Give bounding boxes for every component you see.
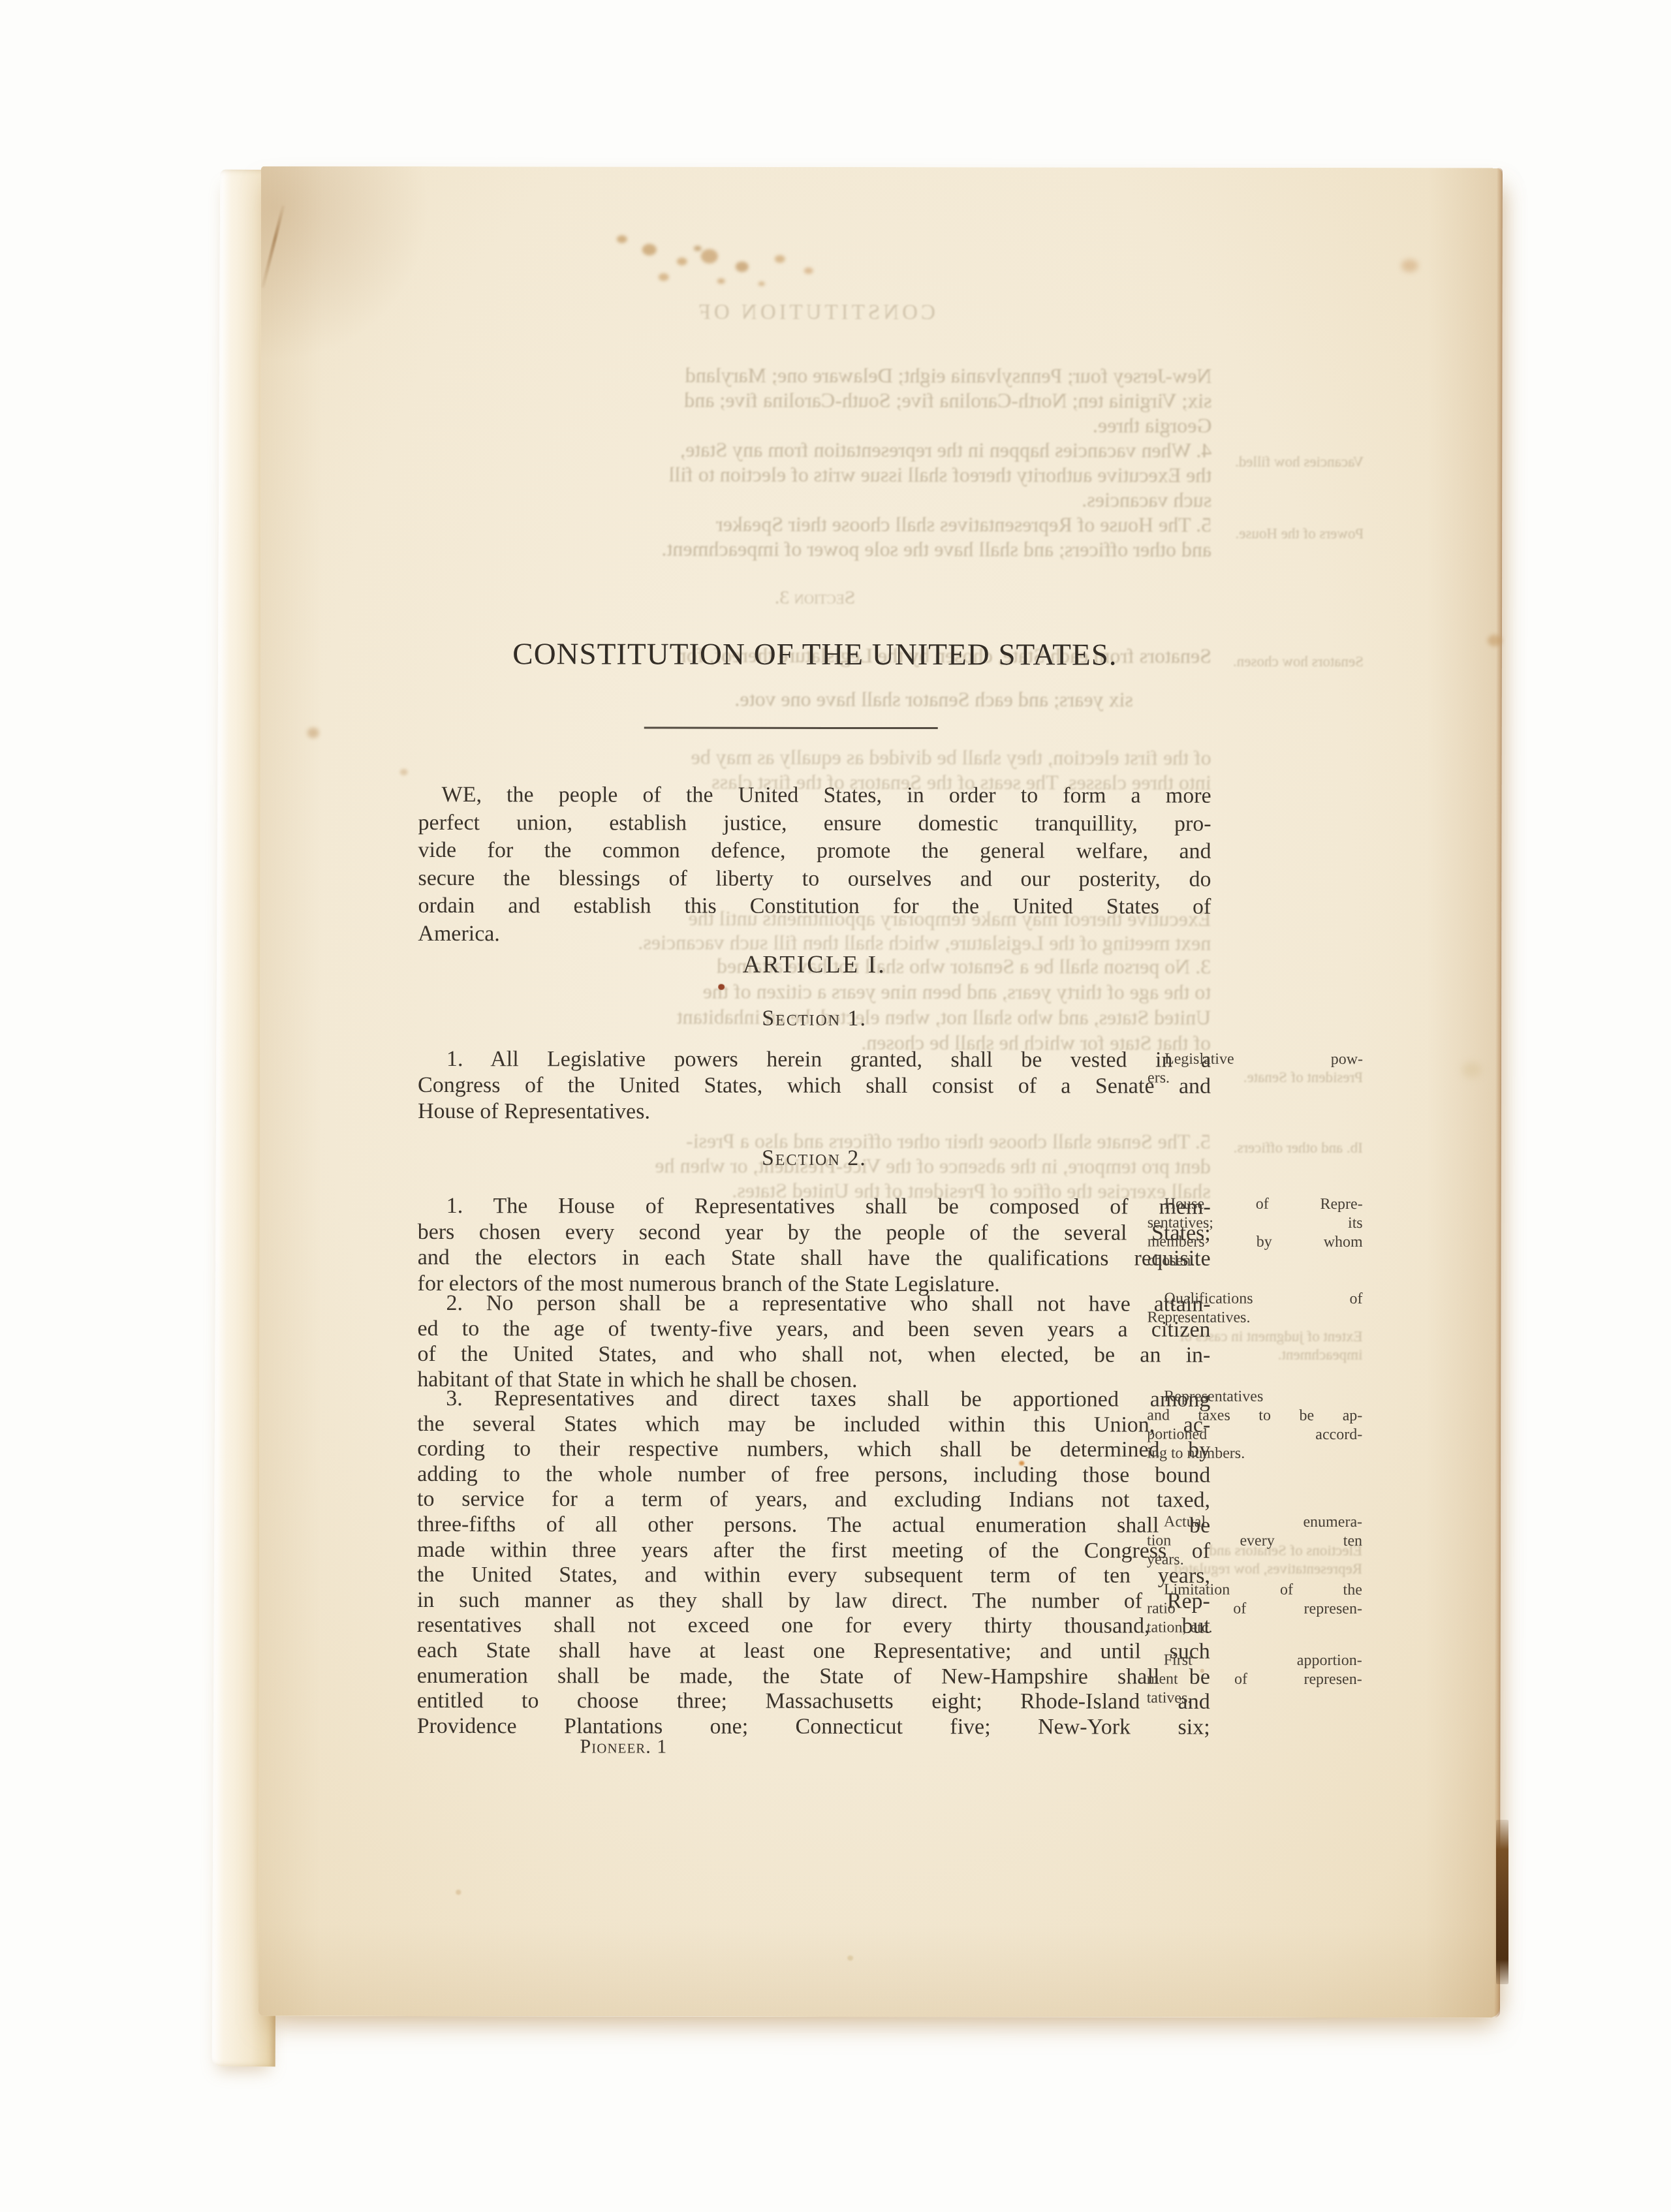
text-line: Georgia three. (418, 412, 1211, 438)
text-line: the United States, and within every subs… (417, 1563, 1210, 1589)
printer-signature: Pioneer. 1 (580, 1736, 668, 1758)
foxing-spot (307, 728, 319, 738)
text-line: sentatives; its (1148, 1214, 1363, 1233)
preamble: WE, the people of the United States, in … (418, 781, 1211, 949)
text-line: and other officers; and shall have the s… (418, 536, 1211, 562)
photo-background: CONSTITUTION OF New-Jersey four; Pennsyl… (0, 0, 1671, 2212)
title-rule (644, 726, 938, 729)
text-line: ing to numbers. (1147, 1444, 1362, 1463)
text-line: enumeration shall be made, the State of … (417, 1664, 1210, 1690)
text-line: 1. All Legislative powers herein granted… (418, 1046, 1211, 1074)
text-line: Congress of the United States, which sha… (418, 1072, 1211, 1100)
text-line: adding to the whole number of free perso… (417, 1462, 1210, 1488)
text-line: of the United States, and who shall not,… (417, 1341, 1210, 1368)
text-line: Representatives. (1147, 1309, 1362, 1328)
margin-note-first-apportionment: First apportion-ment of represen-tatives… (1147, 1651, 1362, 1708)
section-2-paragraph-2: 2. No person shall be a representative w… (417, 1290, 1210, 1394)
margin-note-house-of-representatives: House of Repre-sentatives; itsmembers by… (1148, 1195, 1363, 1271)
bleed-running-header: CONSTITUTION OF (419, 300, 1212, 326)
text-line: 3. Representatives and direct taxes shal… (417, 1386, 1210, 1412)
text-line: members by whom (1148, 1233, 1363, 1252)
text-line: Limitation of the (1147, 1581, 1362, 1600)
article-heading: ARTICLE I. (418, 950, 1211, 980)
text-line: six; Virginia ten; North-Carolina five; … (418, 387, 1211, 413)
margin-note-legislative-powers: Legislative pow-ers. (1148, 1050, 1363, 1088)
foxing-spot (456, 1890, 461, 1895)
text-line: cording to their respective numbers, whi… (417, 1437, 1210, 1463)
text-line: ers. (1148, 1069, 1363, 1088)
foxing-spot (400, 769, 408, 775)
bleed-margin-note: Powers of the House. (1148, 525, 1364, 543)
text-line: 2. No person shall be a representative w… (418, 1290, 1211, 1317)
text-line: and the electors in each State shall hav… (418, 1245, 1211, 1271)
section-2-paragraph-3: 3. Representatives and direct taxes shal… (417, 1386, 1211, 1740)
text-line: and taxes to be ap- (1147, 1407, 1362, 1425)
text-line: Actual enumera- (1147, 1513, 1362, 1532)
foxing-spot (847, 1955, 853, 1961)
text-line: years. (1147, 1551, 1362, 1570)
bleed-paragraphs-top: New-Jersey four; Pennsylvania eight; Del… (418, 362, 1211, 562)
text-line: secure the blessings of liberty to ourse… (418, 865, 1211, 894)
text-line: bers chosen every second year by the peo… (418, 1219, 1211, 1246)
text-line: ratio of represen- (1147, 1600, 1362, 1619)
text-line: tion every ten (1147, 1532, 1362, 1551)
page-corner-crease (261, 205, 285, 288)
text-line: of the first election, they shall be div… (418, 744, 1211, 770)
margin-note-apportionment: Representativesand taxes to be ap-portio… (1147, 1388, 1362, 1463)
foxing-spot (1462, 1062, 1482, 1078)
text-line: Legislative pow- (1148, 1050, 1363, 1069)
section-2-paragraph-1: 1. The House of Representatives shall be… (418, 1193, 1211, 1298)
text-line: WE, the people of the United States, in … (418, 781, 1211, 810)
text-line: portioned accord- (1147, 1425, 1362, 1444)
text-line: such vacancies. (418, 486, 1211, 512)
text-line: 1. The House of Representatives shall be… (418, 1193, 1211, 1220)
book-page: CONSTITUTION OF New-Jersey four; Pennsyl… (258, 166, 1503, 2018)
text-line: the several States which may be included… (417, 1412, 1210, 1438)
section-1-paragraph-1: 1. All Legislative powers herein granted… (418, 1046, 1211, 1126)
text-line: the Executive authority thereof shall is… (418, 461, 1211, 488)
text-line: tatives. (1147, 1689, 1362, 1708)
text-line: America. (418, 920, 1211, 949)
text-line: each State shall have at least one Repre… (417, 1638, 1210, 1664)
text-line: made within three years after the first … (417, 1538, 1210, 1564)
text-line: ordain and establish this Constitution f… (418, 892, 1211, 921)
foxing-spot (1488, 634, 1502, 646)
text-line: vide for the common defence, promote the… (418, 837, 1211, 865)
text-line: 5. The House of Representatives shall ch… (418, 511, 1211, 537)
page-title: CONSTITUTION OF THE UNITED STATES. (418, 636, 1211, 673)
text-line: to the age of thirty years, and been nin… (418, 978, 1211, 1005)
text-line: in such manner as they shall by law dire… (417, 1588, 1210, 1614)
margin-note-qualifications: Qualifications ofRepresentatives. (1147, 1290, 1362, 1328)
text-line: Representatives (1147, 1388, 1362, 1407)
book-spine-edge (1496, 1820, 1508, 1984)
text-line: chosen. (1148, 1252, 1363, 1271)
bleed-margin-note: Vacancies how filled. (1148, 453, 1364, 471)
margin-note-enumeration: Actual enumera-tion every tenyears. (1147, 1513, 1362, 1570)
text-line: tation, etc. (1147, 1619, 1362, 1638)
text-line: ment of represen- (1147, 1670, 1362, 1689)
text-line: Qualifications of (1148, 1290, 1363, 1309)
text-line: resentatives shall not exceed one for ev… (417, 1613, 1210, 1639)
text-line: House of Representatives. (418, 1098, 1211, 1126)
text-line: to service for a term of years, and excl… (417, 1487, 1210, 1513)
margin-note-ratio-limitation: Limitation of theratio of represen-tatio… (1147, 1581, 1362, 1638)
foxing-stain (617, 235, 627, 243)
text-line: First apportion- (1147, 1651, 1362, 1670)
text-line: 4. When vacancies happen in the represen… (418, 437, 1211, 463)
text-line: ed to the age of twenty-five years, and … (417, 1316, 1210, 1343)
text-line: House of Repre- (1148, 1195, 1363, 1214)
text-line: three-fifths of all other persons. The a… (417, 1512, 1210, 1538)
text-line: Providence Plantations one; Connecticut … (417, 1714, 1210, 1740)
bleed-line-sixyears: six years; and each Senator shall have o… (418, 687, 1211, 712)
red-foxing-dot (718, 984, 725, 990)
text-line: perfect union, establish justice, ensure… (418, 809, 1211, 838)
section-2-heading: Section 2. (418, 1145, 1211, 1172)
foxing-spot (1401, 259, 1418, 272)
text-line: New-Jersey four; Pennsylvania eight; Del… (419, 362, 1212, 388)
bleed-section3-heading: Section 3. (418, 586, 1211, 610)
section-1-heading: Section 1. (418, 1006, 1211, 1032)
text-line: entitled to choose three; Massachusetts … (417, 1689, 1210, 1715)
